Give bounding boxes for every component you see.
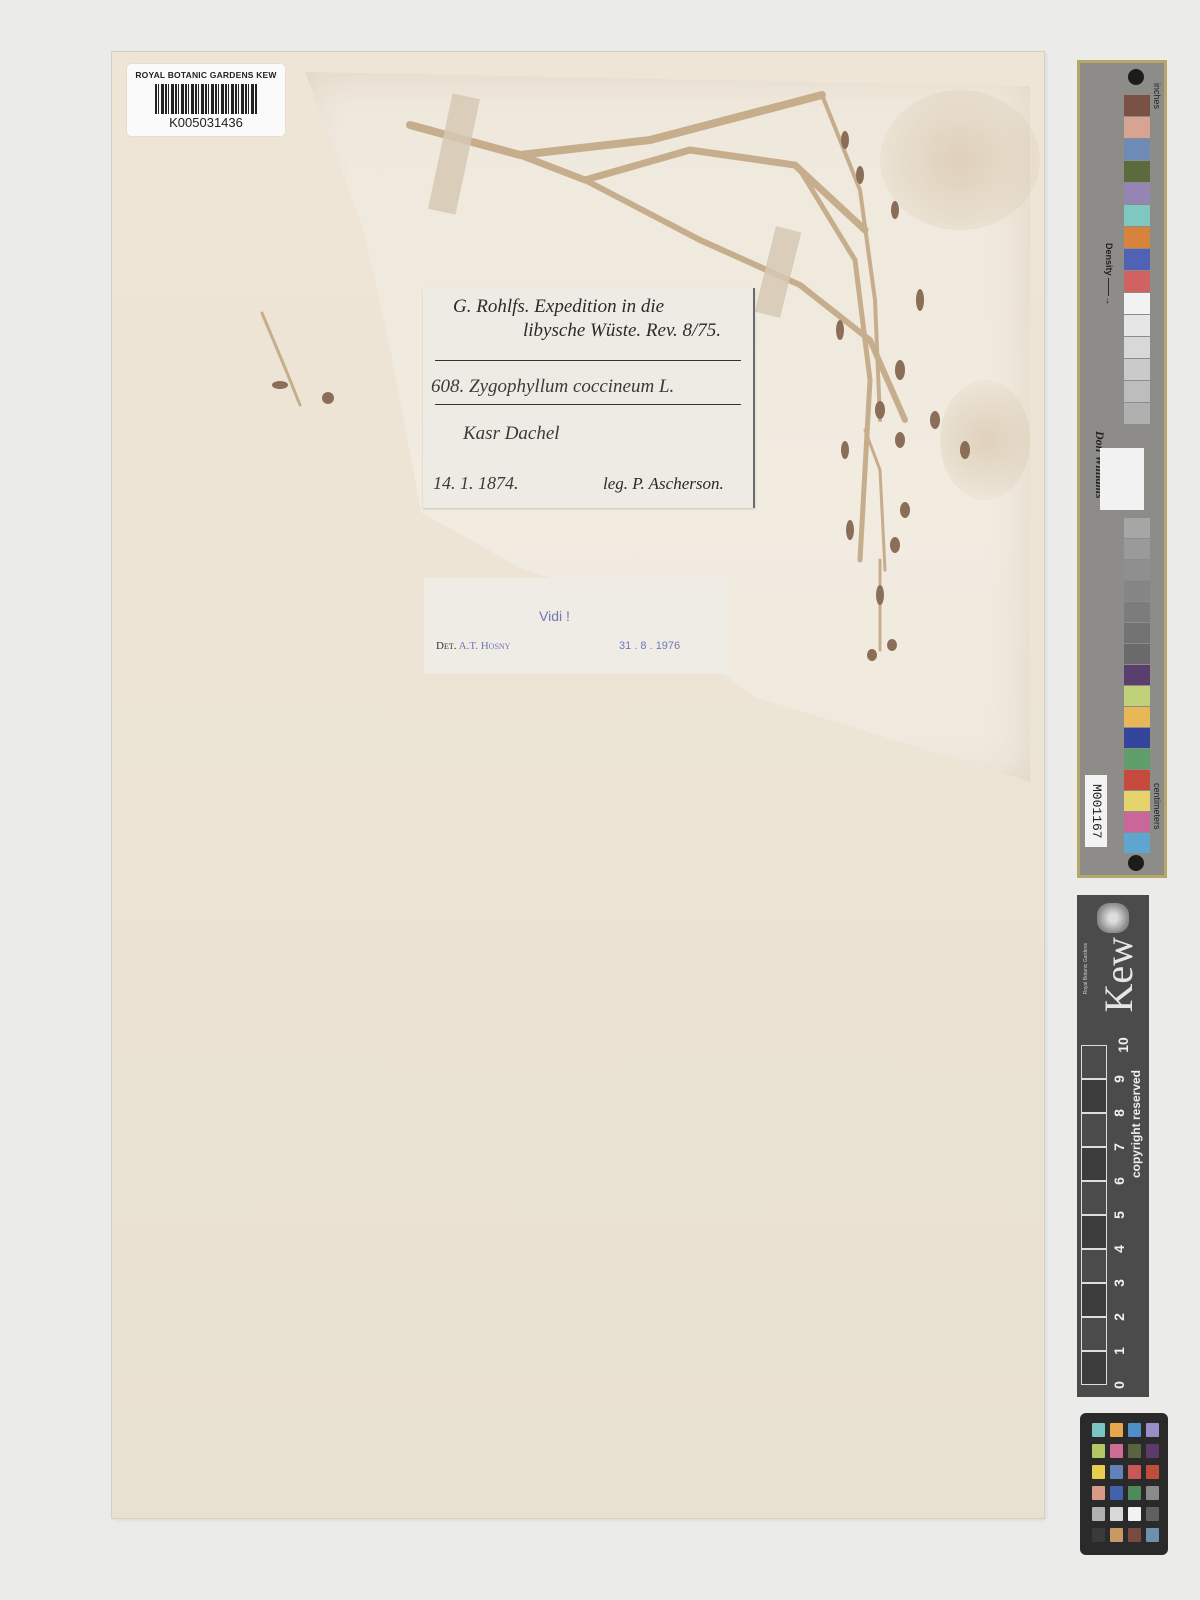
color-swatch — [1124, 602, 1150, 622]
resolution-target — [1100, 448, 1144, 510]
scale-tick-label: 5 — [1111, 1211, 1127, 1219]
locality: Kasr Dachel — [463, 423, 560, 445]
color-chip — [1146, 1486, 1159, 1500]
color-swatch — [1124, 644, 1150, 664]
scale-tick-label: 1 — [1111, 1347, 1127, 1355]
kew-scale-bar: Royal Botanic Gardens Kew copyright rese… — [1077, 895, 1149, 1397]
scale-bar-segment — [1081, 1215, 1107, 1249]
color-swatch — [1124, 359, 1150, 380]
scale-bar-segment — [1081, 1283, 1107, 1317]
color-swatch — [1124, 707, 1150, 727]
color-swatch — [1124, 812, 1150, 832]
color-chip — [1128, 1507, 1141, 1521]
ruler-hole — [1128, 69, 1144, 85]
color-chip — [1110, 1528, 1123, 1542]
scale-tick-label: 9 — [1111, 1075, 1127, 1083]
color-swatch — [1124, 117, 1150, 138]
divider — [435, 404, 741, 405]
color-swatch — [1124, 665, 1150, 685]
color-swatch — [1124, 183, 1150, 204]
color-swatch — [1124, 249, 1150, 270]
determination-slip: Vidi ! Det. A.T. Hosny 31 . 8 . 1976 — [424, 578, 728, 674]
determiner-line: Det. A.T. Hosny — [436, 640, 510, 652]
kew-crest-icon — [1097, 903, 1129, 933]
color-swatch — [1124, 686, 1150, 706]
scale-bar-segment — [1081, 1317, 1107, 1351]
color-chip — [1146, 1465, 1159, 1479]
color-swatch — [1124, 518, 1150, 538]
kew-subtitle: Royal Botanic Gardens — [1083, 943, 1089, 994]
vidi-note: Vidi ! — [539, 608, 570, 624]
color-chip — [1128, 1465, 1141, 1479]
color-swatch — [1124, 161, 1150, 182]
scale-tick-label: 3 — [1111, 1279, 1127, 1287]
color-chip — [1110, 1444, 1123, 1458]
scale-bar-segment — [1081, 1181, 1107, 1215]
color-swatch — [1124, 271, 1150, 292]
color-density-ruler: inches Density ——→ Don Williams M001167 … — [1077, 60, 1167, 878]
collection-label: G. Rohlfs. Expedition in die libysche Wü… — [423, 288, 755, 508]
scale-bar-segment — [1081, 1045, 1107, 1079]
color-swatch — [1124, 315, 1150, 336]
color-chip — [1110, 1486, 1123, 1500]
color-swatch — [1124, 381, 1150, 402]
expedition-line-2: libysche Wüste. Rev. 8/75. — [523, 320, 721, 342]
color-chip — [1092, 1465, 1105, 1479]
color-chip — [1128, 1423, 1141, 1437]
scale-bar-segment — [1081, 1249, 1107, 1283]
scale-tick-label: 0 — [1111, 1381, 1127, 1389]
ruler-hole — [1128, 855, 1144, 871]
color-chip — [1110, 1507, 1123, 1521]
color-swatch — [1124, 95, 1150, 116]
color-chip — [1128, 1486, 1141, 1500]
color-chip — [1092, 1507, 1105, 1521]
color-swatch — [1124, 293, 1150, 314]
color-swatch — [1124, 770, 1150, 790]
determiner-name: A.T. Hosny — [459, 640, 511, 652]
color-chip — [1110, 1465, 1123, 1479]
color-swatch — [1124, 623, 1150, 643]
color-chip — [1092, 1423, 1105, 1437]
color-chip — [1146, 1423, 1159, 1437]
color-swatch — [1124, 227, 1150, 248]
color-swatch — [1124, 337, 1150, 358]
kew-wordmark: Kew — [1095, 937, 1142, 1013]
det-prefix: Det. — [436, 640, 456, 652]
scale-tick-label: 2 — [1111, 1313, 1127, 1321]
color-swatch — [1124, 833, 1150, 853]
scale-bar-segment — [1081, 1351, 1107, 1385]
color-checker-card — [1080, 1413, 1168, 1555]
color-swatch — [1124, 539, 1150, 559]
color-chip — [1092, 1486, 1105, 1500]
color-swatch — [1124, 791, 1150, 811]
color-chip — [1128, 1444, 1141, 1458]
collector: leg. P. Ascherson. — [603, 474, 724, 494]
color-chip — [1092, 1528, 1105, 1542]
color-chip — [1128, 1528, 1141, 1542]
determination-date: 31 . 8 . 1976 — [619, 640, 680, 652]
density-label: Density ——→ — [1104, 243, 1114, 305]
scale-bar-segment — [1081, 1113, 1107, 1147]
collection-date: 14. 1. 1874. — [433, 473, 519, 494]
expedition-line: G. Rohlfs. Expedition in die — [453, 296, 664, 318]
scale-bar-segment — [1081, 1147, 1107, 1181]
color-swatch — [1124, 560, 1150, 580]
color-swatch — [1124, 749, 1150, 769]
scale-tick-label: 8 — [1111, 1109, 1127, 1117]
scale-tick-label: 7 — [1111, 1143, 1127, 1151]
scale-bar-segment — [1081, 1079, 1107, 1113]
copyright-notice: copyright reserved — [1129, 1070, 1143, 1178]
color-swatch — [1124, 403, 1150, 424]
color-swatch — [1124, 728, 1150, 748]
scale-tick-label: 6 — [1111, 1177, 1127, 1185]
taxon-name: 608. Zygophyllum coccineum L. — [431, 376, 674, 398]
color-swatch — [1124, 139, 1150, 160]
units-inches: inches — [1152, 83, 1162, 109]
color-swatch — [1124, 581, 1150, 601]
color-chip — [1092, 1444, 1105, 1458]
color-chip — [1146, 1528, 1159, 1542]
color-chip — [1110, 1423, 1123, 1437]
divider — [435, 360, 741, 361]
color-swatch — [1124, 205, 1150, 226]
color-chip — [1146, 1507, 1159, 1521]
plant-specimen — [0, 0, 1200, 1600]
ruler-id: M001167 — [1085, 775, 1107, 847]
scale-tick-label: 10 — [1115, 1037, 1131, 1053]
scale-tick-label: 4 — [1111, 1245, 1127, 1253]
units-centimeters: centimeters — [1152, 783, 1162, 830]
color-chip — [1146, 1444, 1159, 1458]
